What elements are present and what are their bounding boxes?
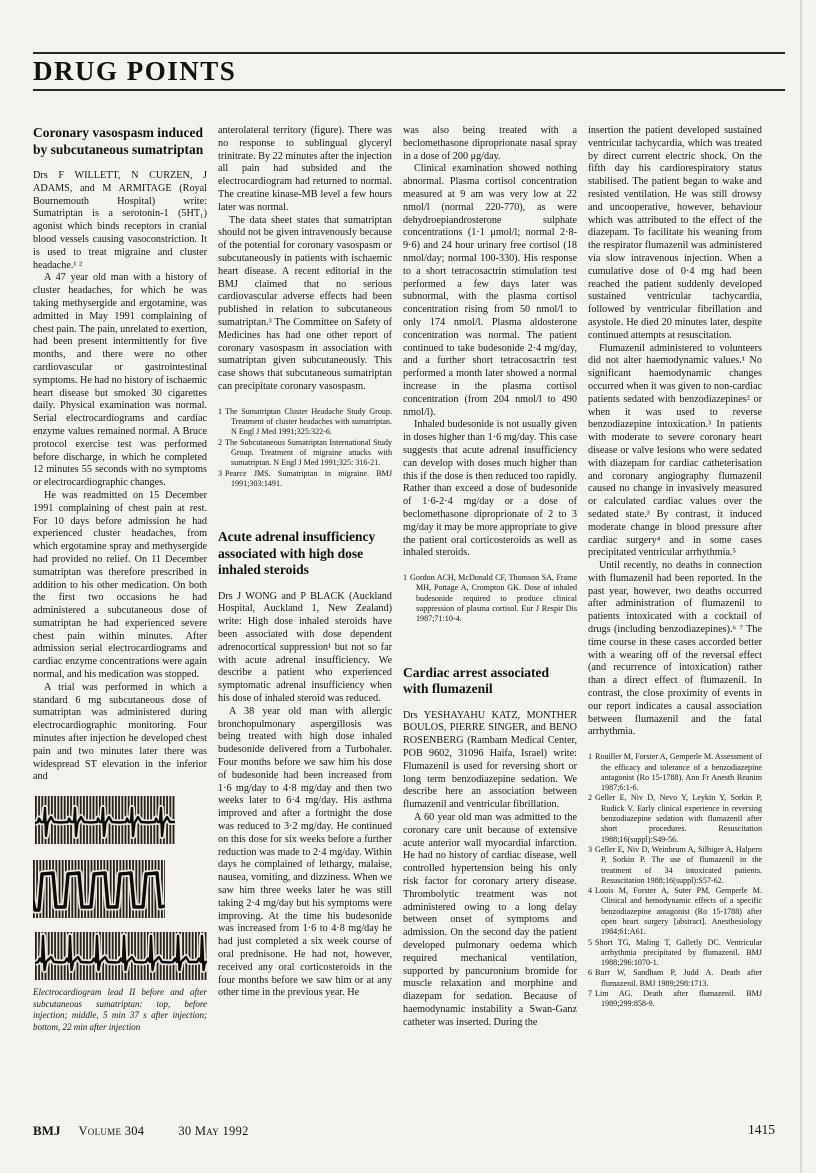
paragraph: A 47 year old man with a history of clus… <box>33 272 207 490</box>
text-column-3: was also being treated with a beclometha… <box>403 125 577 1030</box>
paragraph: Flumazenil administered to volunteers di… <box>588 343 762 561</box>
footer-page-number: 1415 <box>748 1122 775 1138</box>
reference-list: 1Gordon ACH, McDonald CF, Thomson SA, Fr… <box>403 573 577 624</box>
reference-text: Geller E, Niv D, Weinbrum A, Silbiger A,… <box>595 845 762 885</box>
article-title: Cardiac arrest associated with flumazeni… <box>403 665 577 698</box>
paragraph: A 60 year old man was admitted to the co… <box>403 812 577 1030</box>
reference-text: Louis M, Forster A, Suter PM, Gemperle M… <box>595 886 762 936</box>
reference-item: 5Short TG, Maling T, Galletly DC. Ventri… <box>588 938 762 969</box>
paragraph: The data sheet states that sumatriptan s… <box>218 215 392 394</box>
reference-item: 3Geller E, Niv D, Weinbrum A, Silbiger A… <box>588 845 762 886</box>
footer-journal: BMJ <box>33 1123 60 1138</box>
text-column-1: Coronary vasospasm induced by subcutaneo… <box>33 125 207 1033</box>
reference-number: 7 <box>588 989 592 998</box>
paragraph: Until recently, no deaths in connection … <box>588 560 762 739</box>
paragraph: Drs J WONG and P BLACK (Auckland Hospita… <box>218 591 392 706</box>
ecg-strip-before-injection <box>35 796 175 844</box>
article-title: Acute adrenal insufficiency associated w… <box>218 529 392 579</box>
footer-volume: Volume 304 <box>78 1124 144 1138</box>
page-title: DRUG POINTS <box>33 56 785 86</box>
reference-text: Rouiller M, Forster A, Gemperle M. Asses… <box>595 752 762 792</box>
reference-text: Burr W, Sandham P, Judd A. Death after f… <box>595 968 762 987</box>
reference-number: 5 <box>588 938 592 947</box>
reference-number: 3 <box>218 469 222 478</box>
reference-number: 4 <box>588 886 592 895</box>
text-column-4: insertion the patient developed sustaine… <box>588 125 762 1010</box>
reference-text: The Subcutaneous Sumatriptan Internation… <box>225 438 392 468</box>
reference-text: Gordon ACH, McDonald CF, Thomson SA, Fra… <box>410 573 577 623</box>
page-edge <box>800 0 802 1173</box>
reference-number: 1 <box>588 752 592 761</box>
reference-number: 1 <box>403 573 407 582</box>
text-column-2: anterolateral territory (figure). There … <box>218 125 392 1000</box>
reference-number: 3 <box>588 845 592 854</box>
reference-number: 1 <box>218 407 222 416</box>
ecg-figure <box>33 796 207 980</box>
figure-caption: Electrocardiogram lead II before and aft… <box>33 987 207 1033</box>
reference-item: 4Louis M, Forster A, Suter PM, Gemperle … <box>588 886 762 937</box>
reference-item: 1Gordon ACH, McDonald CF, Thomson SA, Fr… <box>403 573 577 624</box>
paragraph: Clinical examination showed nothing abno… <box>403 163 577 419</box>
reference-text: The Sumatriptan Cluster Headache Study G… <box>225 407 392 437</box>
reference-item: 1Rouiller M, Forster A, Gemperle M. Asse… <box>588 752 762 793</box>
paragraph: A 38 year old man with allergic bronchop… <box>218 706 392 1000</box>
reference-item: 3Pearce JMS. Sumatriptan in migraine. BM… <box>218 469 392 490</box>
paragraph: Drs YESHAYAHU KATZ, MONTHER BOULOS, PIER… <box>403 710 577 812</box>
paragraph: insertion the patient developed sustaine… <box>588 125 762 343</box>
reference-text: Pearce JMS. Sumatriptan in migraine. BMJ… <box>225 469 392 488</box>
reference-item: 7Lim AG. Death after flumazenil. BMJ 198… <box>588 989 762 1010</box>
paragraph: A trial was performed in which a standar… <box>33 682 207 784</box>
reference-item: 2Geller E, Niv D, Nevo Y, Leykin Y, Sork… <box>588 793 762 844</box>
paragraph: anterolateral territory (figure). There … <box>218 125 392 215</box>
article-title: Coronary vasospasm induced by subcutaneo… <box>33 125 207 158</box>
paragraph: Inhaled budesonide is not usually given … <box>403 419 577 560</box>
reference-number: 6 <box>588 968 592 977</box>
masthead: DRUG POINTS <box>33 52 785 91</box>
journal-page: DRUG POINTS Coronary vasospasm induced b… <box>0 0 816 1173</box>
reference-text: Lim AG. Death after flumazenil. BMJ 1989… <box>595 989 762 1008</box>
reference-number: 2 <box>218 438 222 447</box>
paragraph: Drs F WILLETT, N CURZEN, J ADAMS, and M … <box>33 170 207 272</box>
footer: BMJVolume 30430 May 1992 1415 <box>33 1122 785 1142</box>
reference-number: 2 <box>588 793 592 802</box>
ecg-strip-5min-after-injection <box>33 860 165 918</box>
reference-item: 1The Sumatriptan Cluster Headache Study … <box>218 407 392 438</box>
reference-item: 6Burr W, Sandham P, Judd A. Death after … <box>588 968 762 989</box>
paragraph: He was readmitted on 15 December 1991 co… <box>33 490 207 682</box>
ecg-strip-22min-after-injection <box>35 932 207 980</box>
paragraph: was also being treated with a beclometha… <box>403 125 577 163</box>
footer-date: 30 May 1992 <box>178 1124 248 1138</box>
reference-text: Short TG, Maling T, Galletly DC. Ventric… <box>595 938 762 968</box>
reference-item: 2The Subcutaneous Sumatriptan Internatio… <box>218 438 392 469</box>
reference-list: 1The Sumatriptan Cluster Headache Study … <box>218 407 392 489</box>
reference-text: Geller E, Niv D, Nevo Y, Leykin Y, Sorki… <box>595 793 762 843</box>
reference-list: 1Rouiller M, Forster A, Gemperle M. Asse… <box>588 752 762 1009</box>
